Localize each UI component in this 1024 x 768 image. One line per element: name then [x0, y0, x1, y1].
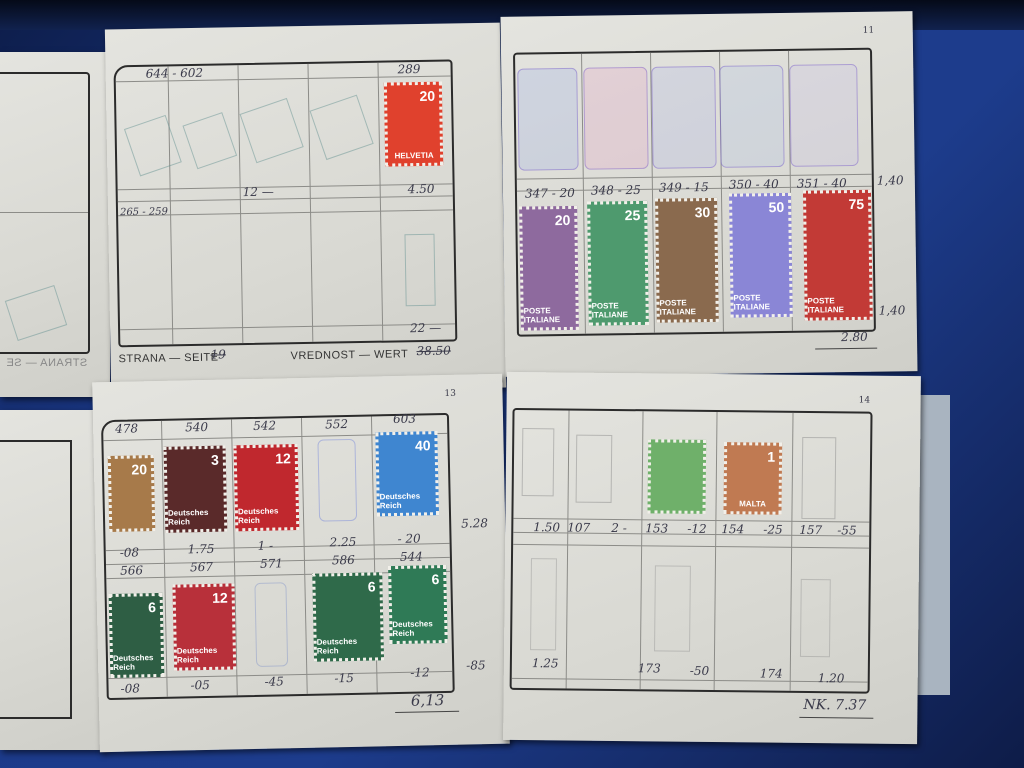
- row1-note: 157: [799, 523, 822, 537]
- row1-note: 1 -: [257, 539, 273, 553]
- page-label: STRANA — SEITE: [118, 352, 218, 366]
- row1-note: -25: [763, 523, 782, 537]
- stamp-reich-12: 12Deutsches Reich: [234, 444, 300, 531]
- row1-note: 153: [645, 521, 668, 535]
- stamp-reich-6-a: 6Deutsches Reich: [109, 593, 165, 678]
- stamp-italy-20: 20POSTE ITALIANE: [519, 206, 579, 331]
- row2-right: -85: [466, 658, 486, 672]
- row-value: 12 —: [243, 185, 274, 200]
- stamp-italy-30: 30POSTE ITALIANE: [655, 198, 719, 323]
- row2-note: 173: [638, 661, 661, 675]
- row2-header: 566: [120, 563, 143, 577]
- row-note: 351 - 40: [797, 176, 847, 191]
- header-number: 552: [325, 417, 348, 431]
- row1-note: -55: [837, 523, 856, 537]
- stamp-malta: 1MALTA: [723, 442, 782, 515]
- header-number: 644 - 602: [146, 66, 204, 81]
- stamp-green: [647, 439, 706, 514]
- row-value-right: 4.50: [408, 182, 435, 196]
- row1-note: 107: [567, 520, 590, 534]
- value-label: VREDNOST — WERT: [290, 348, 408, 362]
- row1-note: 1.50: [533, 520, 560, 534]
- header-number: 603: [393, 412, 416, 426]
- row-note: 348 - 25: [591, 183, 641, 198]
- album-page-bottom-left: 13 478 540 542 552 603 20 3Deutsches Rei…: [92, 374, 510, 753]
- row1-note: -12: [687, 522, 706, 536]
- page-total: 2.80: [841, 330, 868, 344]
- stamp-bavaria: 20: [108, 455, 156, 532]
- row2-note: -50: [690, 664, 709, 678]
- page-number-value: 19: [210, 347, 226, 361]
- row1-note: 1.75: [188, 542, 215, 557]
- header-number: 540: [185, 420, 208, 434]
- row1-note: 2.25: [329, 535, 356, 550]
- page-number: 11: [863, 26, 875, 36]
- row2-note: -08: [120, 681, 140, 695]
- stamp-helvetia: 20 HELVETIA: [384, 82, 443, 167]
- row1-note: 154: [721, 522, 744, 536]
- right-note: 1,40: [879, 303, 906, 317]
- album-page-bottom-right: 14 1MALTA 1.50 107 2 - 153 -12 154 -25 1…: [503, 372, 921, 744]
- row2-header: 265 - 259: [120, 206, 168, 218]
- page-number: 14: [859, 396, 871, 406]
- page-left-edge: STRANA — SE: [0, 52, 110, 397]
- row2-note: -15: [334, 671, 354, 685]
- row-note: 350 - 40: [729, 177, 779, 192]
- row2-header: 571: [260, 556, 283, 570]
- page-left-edge-lower: [0, 410, 105, 750]
- stamp-reich-12-b: 12Deutsches Reich: [172, 583, 236, 670]
- stamp-reich-3: 3Deutsches Reich: [164, 446, 228, 533]
- page-number: 13: [444, 389, 456, 399]
- row2-note: -05: [190, 678, 210, 692]
- row1-right: 5.28: [461, 516, 488, 531]
- stamp-reich-40: 40Deutsches Reich: [375, 431, 439, 516]
- row2-header: 567: [190, 560, 213, 574]
- header-number: 478: [115, 421, 138, 435]
- row-note: 349 - 15: [659, 180, 709, 195]
- header-number: 542: [253, 418, 276, 432]
- row2-note: -45: [264, 674, 284, 688]
- header-number: 289: [397, 62, 420, 76]
- row2-note: 1.20: [818, 671, 845, 685]
- row1-note: - 20: [397, 531, 420, 545]
- row2-note: -12: [410, 665, 430, 679]
- total-value: 38.50: [416, 343, 451, 358]
- album-page-top-left: 644 - 602 289 20 HELVETIA 12 — 4.50 265 …: [105, 23, 506, 395]
- row2-bottom: 22 —: [410, 321, 441, 336]
- row2-header: 586: [332, 553, 355, 567]
- stamp-reich-6-b: 6Deutsches Reich: [312, 572, 384, 661]
- album-page-top-right: 11 347 - 20 348 - 25 349 - 15 350 - 40 3…: [501, 11, 918, 377]
- stamp-italy-75: 75POSTE ITALIANE: [803, 190, 873, 321]
- row2-header: 544: [400, 549, 423, 563]
- stamp-italy-25: 25POSTE ITALIANE: [587, 201, 649, 326]
- stamp-reich-6-c: 6Deutsches Reich: [388, 565, 448, 644]
- row2-note: 174: [760, 667, 783, 681]
- mirrored-footer: STRANA — SE: [6, 357, 87, 369]
- page-total: 6,13: [411, 691, 445, 710]
- row1-note: -08: [120, 545, 140, 559]
- page-total: NK. 7.37: [803, 697, 866, 714]
- right-note: 1,40: [877, 173, 904, 187]
- row-note: 347 - 20: [525, 186, 575, 201]
- stamp-italy-50: 50POSTE ITALIANE: [729, 193, 793, 318]
- row1-note: 2 -: [611, 521, 627, 535]
- row2-note: 1.25: [532, 656, 559, 670]
